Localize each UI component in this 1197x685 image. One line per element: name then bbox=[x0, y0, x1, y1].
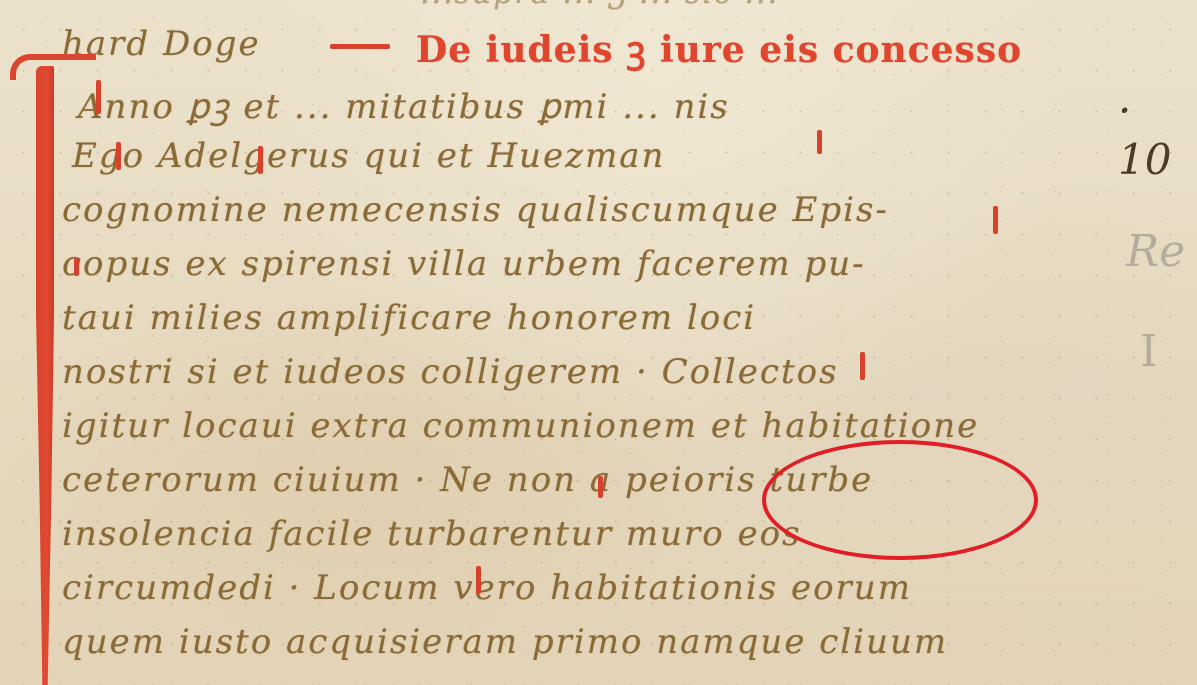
rubric-touch-mark bbox=[74, 258, 79, 276]
body-line-1: Anno ꝑꝫ et ... mitatibus ꝑmi ... nis bbox=[78, 82, 730, 128]
body-line-11: quem iusto acquisieram primo namque cliu… bbox=[62, 622, 948, 662]
body-line-4: copus ex spirensi villa urbem facerem pu… bbox=[62, 244, 866, 284]
body-line-5: taui milies amplificare honorem loci bbox=[62, 298, 756, 338]
margin-note-number: · 10 bbox=[1118, 86, 1197, 184]
rubric-touch-mark bbox=[258, 146, 263, 174]
body-line-3: cognomine nemecensis qualiscumque Epis- bbox=[62, 190, 889, 230]
rubric-touch-mark bbox=[860, 352, 865, 380]
rubric-dash bbox=[330, 44, 390, 49]
body-line-6: nostri si et iudeos colligerem · Collect… bbox=[62, 352, 839, 392]
rubric-touch-mark bbox=[96, 80, 101, 114]
body-line-7: igitur locaui extra communionem et habit… bbox=[62, 406, 979, 446]
margin-note-pencil-i: I bbox=[1140, 326, 1157, 377]
rubric-touch-mark bbox=[993, 206, 998, 234]
body-line-10: circumdedi · Locum vero habitationis eor… bbox=[62, 568, 912, 608]
annotation-ellipse bbox=[762, 440, 1038, 560]
manuscript-page: ...supra ... ʒ ... sic ... hard Doge De … bbox=[0, 0, 1197, 685]
body-line-9: insolencia facile turbarentur muro eos bbox=[62, 514, 802, 554]
rubric-title: De iudeis ꝫ iure eis concesso bbox=[416, 24, 1022, 73]
rubric-touch-mark bbox=[598, 476, 603, 498]
rubric-touch-mark bbox=[817, 130, 822, 154]
top-fragment-line: ...supra ... ʒ ... sic ... bbox=[420, 0, 779, 11]
body-line-2: Ego Adelgerus qui et Huezman bbox=[72, 136, 665, 176]
rubric-touch-mark bbox=[116, 142, 121, 170]
rubric-touch-mark bbox=[476, 566, 481, 594]
margin-note-pencil-re: Re bbox=[1126, 226, 1185, 277]
body-line-8: ceterorum ciuium · Ne non a peioris turb… bbox=[62, 460, 873, 500]
